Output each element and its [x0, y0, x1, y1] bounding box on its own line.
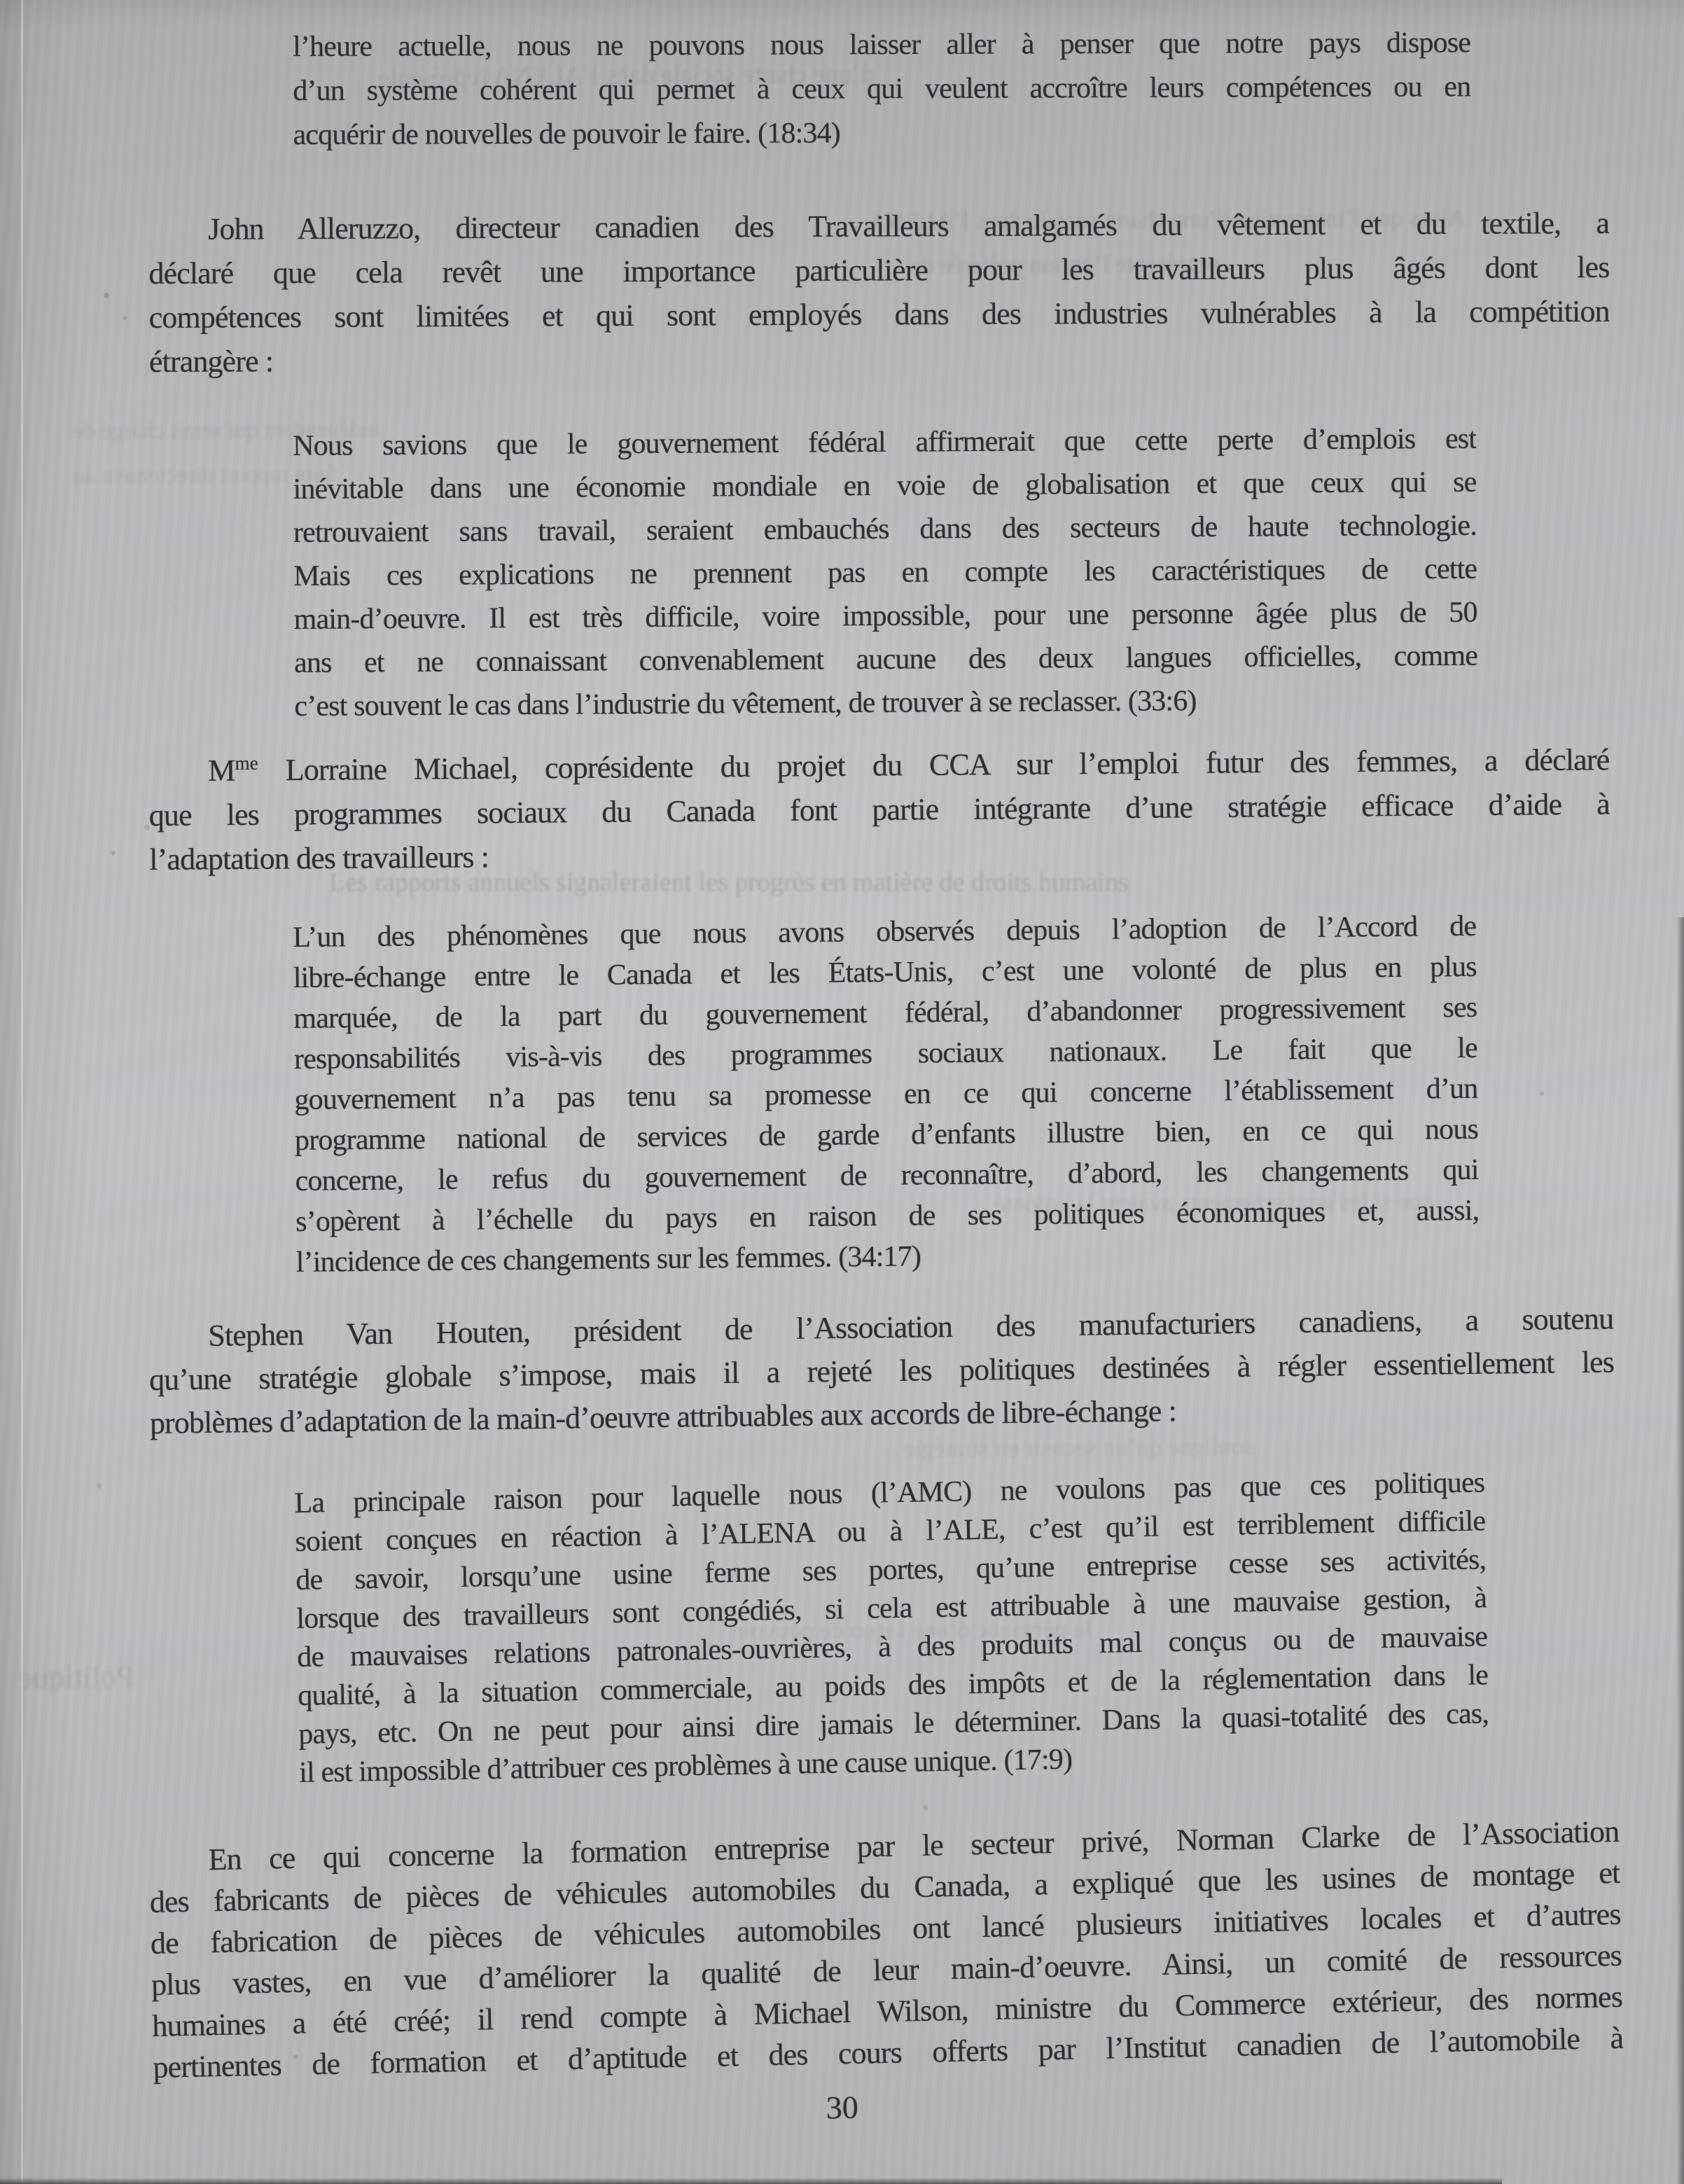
bleedthrough-text: souligne qu’un secteur en stratégie: [903, 1431, 1253, 1463]
blockquote-michael: L’un des phénomènes que nous avons obser…: [293, 906, 1480, 1283]
scanned-page: d’une charte sociale dans l’ALENA représ…: [0, 0, 1684, 2184]
text-line: main-d’oeuvre. Il est très difficile, vo…: [294, 591, 1477, 641]
text-line: John Alleruzzo, directeur canadien des T…: [148, 201, 1609, 251]
blockquote-van-houten: La principale raison pour laquelle nous …: [294, 1463, 1489, 1793]
text-line: acquérir de nouvelles de pouvoir le fair…: [293, 109, 1470, 158]
text-line: Mais ces explications ne prennent pas en…: [293, 548, 1477, 598]
text-line-rest: Lorraine Michael, coprésidente du projet…: [258, 742, 1610, 787]
paragraph-van-houten: Stephen Van Houten, président de l’Assoc…: [148, 1297, 1615, 1445]
scan-edge-right: [1676, 917, 1684, 2184]
scan-edge-bottom: [0, 2178, 1502, 2184]
text-line: c’est souvent le cas dans l’industrie du…: [294, 678, 1477, 728]
scan-edge-top: [0, 0, 1684, 29]
text-line: Nous savions que le gouvernement fédéral…: [293, 417, 1476, 468]
paragraph-clarke: En ce qui concerne la formation entrepri…: [148, 1811, 1624, 2088]
dust-speckles: [0, 0, 3, 3]
text-line: compétences sont limitées et qui sont em…: [149, 289, 1610, 340]
text-line: retrouvaient sans travail, seraient emba…: [293, 504, 1477, 555]
blockquote-opening: l’heure actuelle, nous ne pouvons nous l…: [293, 21, 1471, 158]
blockquote-alleruzzo: Nous savions que le gouvernement fédéral…: [293, 417, 1478, 728]
text-line: étrangère :: [149, 333, 1610, 384]
text-line: ans et ne connaissant convenablement auc…: [294, 634, 1477, 685]
text-line: d’un système cohérent qui permet à ceux …: [293, 65, 1470, 113]
text-line: déclaré que cela revêt une importance pa…: [148, 245, 1609, 295]
bleedthrough-text: Politique: [18, 1657, 134, 1695]
paragraph-michael: Mme Lorraine Michael, coprésidente du pr…: [148, 731, 1610, 882]
paragraph-alleruzzo: John Alleruzzo, directeur canadien des T…: [148, 201, 1610, 384]
honorific-superscript: me: [235, 753, 258, 774]
scan-binding-line: [21, 0, 23, 2184]
text-line: inévitable dans une économie mondiale en…: [293, 461, 1476, 511]
honorific: M: [208, 753, 235, 788]
